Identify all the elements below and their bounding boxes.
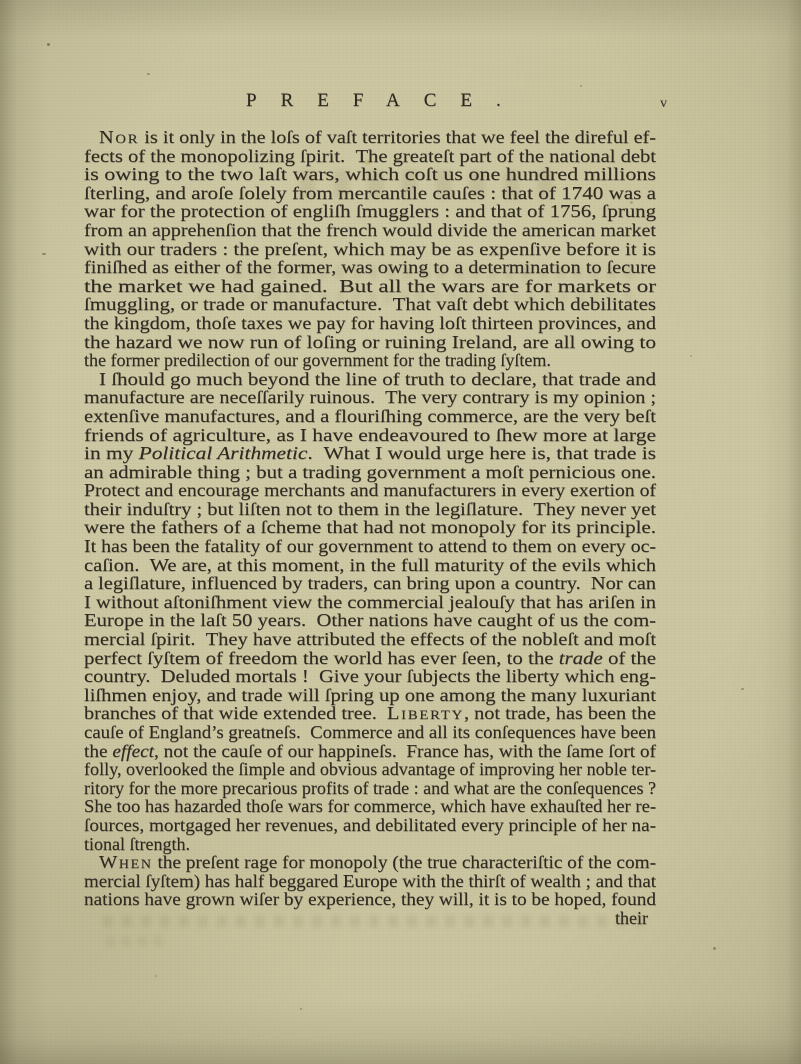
paragraph: I ſhould go much beyond the line of trut… [84, 370, 656, 853]
text-line: from an apprehenſion that the french wou… [84, 221, 656, 240]
page-number: v [660, 96, 667, 112]
paper-speck [155, 975, 157, 977]
text-line: ſterling, and aroſe ſolely from mercanti… [84, 184, 656, 203]
paragraph: Nor is it only in the loſs of vaſt terri… [84, 128, 656, 370]
text-line: were the fathers of a ſcheme that had no… [84, 518, 656, 537]
text-line: in my Political Arithmetic. What I would… [84, 444, 656, 463]
text-line: the hazard we now run of loſing or ruini… [84, 333, 656, 352]
text-line: perfect ſyſtem of freedom the world has … [84, 649, 656, 668]
paper-speck [690, 355, 692, 357]
text-line: I without aſtoniſhment view the commerci… [84, 593, 656, 612]
paragraph: When the preſent rage for monopoly (the … [84, 853, 656, 909]
text-line: the former predilection of our governmen… [84, 351, 656, 370]
paper-speck [580, 85, 582, 87]
text-line: the market we had gained. But all the wa… [84, 277, 656, 296]
text-line: When the preſent rage for monopoly (the … [84, 853, 656, 872]
paper-speck [713, 947, 716, 950]
text-line: It has been the fatality of our governme… [84, 537, 656, 556]
paper-speck [300, 1008, 302, 1010]
paper-speck [47, 43, 50, 46]
text-line: mercial ſpirit. They have attributed the… [84, 630, 656, 649]
text-line: I ſhould go much beyond the line of trut… [84, 370, 656, 389]
text-line: ſources, mortgaged her revenues, and deb… [84, 816, 656, 835]
text-line: extenſive manufactures, and a flouriſhin… [84, 407, 656, 426]
paper-speck [42, 253, 46, 255]
text-line: branches of that wide extended tree. Lib… [84, 704, 656, 723]
text-line: manufacture are neceſſarily ruinous. The… [84, 388, 656, 407]
text-line: Protect and encourage merchants and manu… [84, 481, 656, 500]
text-line: fects of the monopolizing ſpirit. The gr… [84, 147, 656, 166]
text-line: the effect, not the cauſe of our happine… [84, 742, 656, 761]
text-line: friends of agriculture, as I have endeav… [84, 426, 656, 445]
book-page: PREFACE. v Nor is it only in the loſs of… [0, 0, 801, 1064]
show-through-mark [106, 936, 166, 946]
text-line: is owing to the two laſt wars, which coſ… [84, 165, 656, 184]
text-line: war for the protection of engliſh ſmuggl… [84, 202, 656, 221]
text-line: with our traders : the preſent, which ma… [84, 240, 656, 259]
text-line: an admirable thing ; but a trading gover… [84, 463, 656, 482]
text-line: a legiſlature, influenced by traders, ca… [84, 574, 656, 593]
text-line: She too has hazarded thoſe wars for comm… [84, 797, 656, 816]
paper-speck [147, 73, 150, 75]
text-line: mercial ſyſtem) has half beggared Europe… [84, 872, 656, 891]
text-line: ſmuggling, or trade or manufacture. That… [84, 295, 656, 314]
paper-speck [741, 688, 744, 690]
text-line: Europe in the laſt 50 years. Other natio… [84, 611, 656, 630]
text-line: cauſe of England’s greatneſs. Commerce a… [84, 723, 656, 742]
body-text: Nor is it only in the loſs of vaſt terri… [84, 128, 656, 928]
text-line: tional ſtrength. [84, 835, 656, 854]
text-line: finiſhed as either of the former, was ow… [84, 258, 656, 277]
text-line: the kingdom, thoſe taxes we pay for havi… [84, 314, 656, 333]
text-line: ritory for the more precarious profits o… [84, 779, 656, 798]
page-title: PREFACE. [246, 90, 525, 112]
text-line: their induſtry ; but liſten not to them … [84, 500, 656, 519]
catchword-line: their [84, 909, 656, 928]
catchword: their [615, 908, 648, 928]
text-line: country. Deluded mortals ! Give your ſub… [84, 667, 656, 686]
text-line: nations have grown wiſer by experience, … [84, 890, 656, 909]
text-line: liſhmen enjoy, and trade will ſpring up … [84, 686, 656, 705]
text-line: Nor is it only in the loſs of vaſt terri… [84, 128, 656, 147]
text-line: caſion. We are, at this moment, in the f… [84, 556, 656, 575]
text-line: folly, overlooked the ſimple and obvious… [84, 760, 656, 779]
